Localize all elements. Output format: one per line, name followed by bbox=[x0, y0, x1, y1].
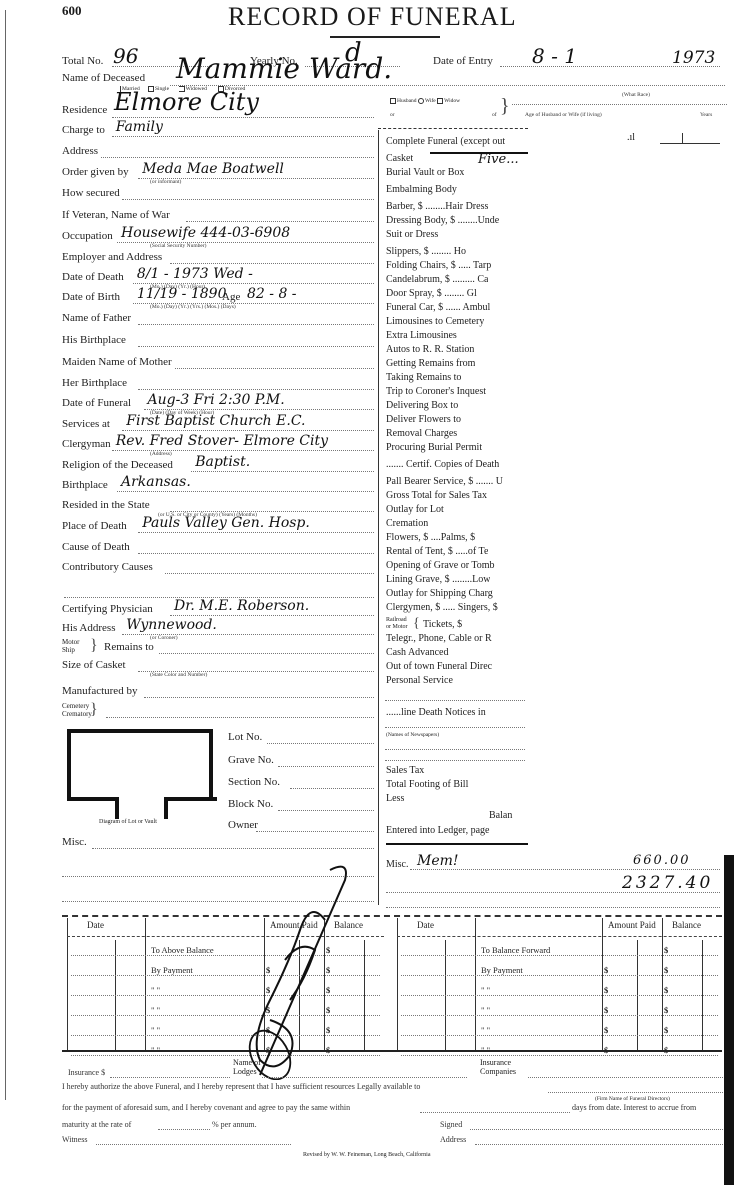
field-input-line[interactable] bbox=[175, 368, 374, 369]
charge-item-label: Cremation bbox=[386, 518, 428, 529]
charge-item-label: Limousines to Cemetery bbox=[386, 316, 484, 327]
charge-item-label: Procuring Burial Permit bbox=[386, 442, 482, 453]
field-note: (or informant) bbox=[150, 179, 181, 185]
maturity-text: maturity at the rate of bbox=[62, 1120, 131, 1129]
field-label: Place of Death bbox=[62, 520, 127, 532]
right-col-mark: .ıl bbox=[627, 132, 635, 143]
lot-diagram-base-left bbox=[67, 797, 119, 801]
table-column-rule bbox=[662, 918, 663, 1050]
lot-field-input-line[interactable] bbox=[290, 788, 374, 789]
charge-item-label: Embalming Body bbox=[386, 184, 457, 195]
field-note: (Social Security Number) bbox=[150, 243, 207, 249]
row-label: " " bbox=[151, 1025, 160, 1035]
dollar-icon: $ bbox=[604, 985, 608, 995]
field-value[interactable]: Dr. M.E. Roberson. bbox=[174, 598, 309, 614]
insurance-companies-label: Insurance Companies bbox=[480, 1058, 516, 1076]
age-value[interactable]: 82 - 8 - bbox=[247, 286, 297, 302]
payments-top-rule bbox=[62, 915, 722, 917]
notices-line-2 bbox=[385, 727, 525, 728]
field-label: Size of Casket bbox=[62, 659, 126, 671]
field-label: Name of Father bbox=[62, 312, 131, 324]
row-input-line[interactable] bbox=[401, 955, 718, 956]
years-label: Years bbox=[700, 112, 712, 118]
misc-left-line bbox=[92, 848, 374, 849]
total-footing-label: Total Footing of Bill bbox=[386, 779, 468, 790]
charge-item-label: Deliver Flowers to bbox=[386, 414, 461, 425]
field-value[interactable]: Meda Mae Boatwell bbox=[142, 161, 284, 177]
field-label: Religion of the Deceased bbox=[62, 459, 173, 471]
sales-tax-label: Sales Tax bbox=[386, 765, 424, 776]
date-of-entry-label: Date of Entry bbox=[433, 55, 493, 67]
field-value[interactable]: Housewife 444-03-6908 bbox=[121, 225, 290, 241]
table-column-rule bbox=[397, 918, 398, 1050]
field-label: Date of Birth bbox=[62, 291, 120, 303]
charge-item-label: Delivering Box to bbox=[386, 400, 458, 411]
of-label: of bbox=[492, 112, 497, 118]
field-input-line[interactable] bbox=[112, 136, 374, 137]
field-value[interactable]: First Baptist Church E.C. bbox=[126, 413, 305, 429]
insurance-line bbox=[110, 1077, 230, 1078]
lot-field-input-line[interactable] bbox=[278, 766, 374, 767]
right-col-short-line bbox=[660, 143, 720, 144]
field-note: (or Coroner) bbox=[150, 635, 178, 641]
age-label: Age bbox=[222, 291, 240, 303]
right-col-tick bbox=[682, 133, 683, 143]
row-input-line[interactable] bbox=[401, 995, 718, 996]
field-input-line[interactable] bbox=[191, 471, 374, 472]
charge-item-label: Lining Grave, $ ........Low bbox=[386, 574, 490, 585]
lot-diagram bbox=[67, 729, 213, 801]
field-label: Services at bbox=[62, 418, 110, 430]
death-notices-label: ......line Death Notices in bbox=[386, 707, 486, 718]
charge-item-label: Barber, $ ........Hair Dress bbox=[386, 201, 488, 212]
charge-item-label: Autos to R. R. Station bbox=[386, 344, 474, 355]
field-input-line[interactable] bbox=[165, 573, 374, 574]
widow-checkbox[interactable]: Widow bbox=[437, 98, 460, 104]
charge-item-label: Cash Advanced bbox=[386, 647, 449, 658]
total-no-label: Total No. bbox=[62, 55, 103, 67]
scan-edge-right bbox=[724, 855, 734, 1185]
page-title: RECORD OF FUNERAL bbox=[228, 2, 517, 32]
misc-right-label: Misc. bbox=[386, 859, 409, 870]
field-label: Manufactured by bbox=[62, 685, 137, 697]
charge-item-label: Out of town Funeral Direc bbox=[386, 661, 492, 672]
field-input-line[interactable] bbox=[106, 717, 374, 718]
name-line bbox=[170, 85, 725, 86]
row-label: " " bbox=[481, 1025, 490, 1035]
field-input-line[interactable] bbox=[138, 532, 374, 533]
field-label: Occupation bbox=[62, 230, 113, 242]
field-label: Charge to bbox=[62, 124, 105, 136]
left-page-border bbox=[5, 10, 6, 1100]
field-label: Certifying Physician bbox=[62, 603, 153, 615]
lot-field-label: Lot No. bbox=[228, 731, 262, 743]
brace-icon: { bbox=[413, 616, 420, 632]
field-input-line[interactable] bbox=[170, 615, 374, 616]
field-value[interactable]: Pauls Valley Gen. Hosp. bbox=[142, 515, 310, 531]
misc-right-line-3 bbox=[386, 907, 720, 908]
field-input-line[interactable] bbox=[144, 697, 375, 698]
charge-item-label: Personal Service bbox=[386, 675, 453, 686]
field-note: (Address) bbox=[150, 451, 172, 457]
field-label: How secured bbox=[62, 187, 120, 199]
lot-field-label: Grave No. bbox=[228, 754, 274, 766]
what-race-label: (What Race) bbox=[622, 92, 650, 98]
field-value[interactable]: Arkansas. bbox=[121, 474, 191, 490]
field-input-line[interactable] bbox=[138, 346, 374, 347]
dollar-icon: $ bbox=[604, 965, 608, 975]
field-label: If Veteran, Name of War bbox=[62, 209, 170, 221]
charge-item-label: Suit or Dress bbox=[386, 229, 438, 240]
field-label: Order given by bbox=[62, 166, 129, 178]
field-value[interactable]: Aug-3 Fri 2:30 P.M. bbox=[148, 392, 285, 408]
misc-right-value[interactable]: Mem! bbox=[417, 853, 459, 869]
witness-label: Witness bbox=[62, 1135, 87, 1144]
ledger-label: Entered into Ledger, page bbox=[386, 825, 489, 836]
spouse-line bbox=[512, 104, 727, 105]
table-column-rule bbox=[475, 918, 476, 1050]
right-column-border bbox=[378, 130, 379, 905]
row-input-line[interactable] bbox=[401, 1015, 718, 1016]
row-label: " " bbox=[151, 1005, 160, 1015]
table-header: Balance bbox=[672, 920, 701, 930]
field-prefix: Cemetery Crematory bbox=[62, 702, 92, 718]
witness-line bbox=[96, 1144, 291, 1145]
dollar-icon: $ bbox=[664, 985, 668, 995]
payment-text: for the payment of aforesaid sum, and I … bbox=[62, 1103, 350, 1112]
charge-item-label: Trip to Coroner's Inquest bbox=[386, 386, 486, 397]
field-label: Cause of Death bbox=[62, 541, 130, 553]
row-input-line[interactable] bbox=[401, 1055, 718, 1056]
field-label: Her Birthplace bbox=[62, 377, 127, 389]
field-value[interactable]: 11/19 - 1890 bbox=[137, 286, 227, 302]
less-label: Less bbox=[386, 793, 404, 804]
total-amount[interactable]: 2327.40 bbox=[622, 873, 713, 893]
field-label: Address bbox=[62, 145, 98, 157]
dollar-icon: $ bbox=[664, 965, 668, 975]
field-label: Clergyman bbox=[62, 438, 111, 450]
lot-field-input-line[interactable] bbox=[256, 831, 374, 832]
dollar-icon: $ bbox=[664, 945, 668, 955]
companies-line bbox=[528, 1077, 723, 1078]
field-value[interactable]: 8/1 - 1973 Wed - bbox=[137, 266, 253, 282]
field-input-line[interactable] bbox=[138, 324, 374, 325]
table-header: Amount Paid bbox=[608, 920, 656, 930]
lot-field-label: Section No. bbox=[228, 776, 280, 788]
row-label: By Payment bbox=[481, 965, 523, 975]
field-value[interactable]: Family bbox=[116, 119, 163, 135]
row-label: To Balance Forward bbox=[481, 945, 550, 955]
right-column-top bbox=[378, 128, 528, 129]
field-input-line[interactable] bbox=[138, 553, 374, 554]
husband-checkbox[interactable]: Husband bbox=[390, 98, 417, 104]
field-input-line[interactable] bbox=[122, 430, 374, 431]
firm-line bbox=[548, 1092, 723, 1093]
charge-item-label: Gross Total for Sales Tax bbox=[386, 490, 487, 501]
revised-by-text: Revised by W. W. Feineman, Long Beach, C… bbox=[303, 1152, 430, 1158]
charge-item-label: Taking Remains to bbox=[386, 372, 461, 383]
newspapers-label: (Names of Newspapers) bbox=[386, 732, 439, 738]
date-of-entry-line bbox=[500, 66, 720, 67]
row-input-line[interactable] bbox=[401, 1035, 718, 1036]
lot-field-label: Owner bbox=[228, 819, 258, 831]
misc-amount[interactable]: 660.00 bbox=[633, 853, 691, 868]
firm-name-note: (Firm Name of Funeral Directors) bbox=[595, 1096, 670, 1102]
field-label: His Birthplace bbox=[62, 334, 126, 346]
field-label: Maiden Name of Mother bbox=[62, 356, 172, 368]
field-note: (State Color and Number) bbox=[150, 672, 207, 678]
charge-item-label: Door Spray, $ ........ Gl bbox=[386, 288, 477, 299]
dollar-icon: $ bbox=[664, 1025, 668, 1035]
days-line bbox=[420, 1112, 570, 1113]
row-input-line[interactable] bbox=[401, 975, 718, 976]
balance-label: Balan bbox=[489, 810, 512, 821]
lodges-line bbox=[262, 1077, 467, 1078]
row-label: " " bbox=[481, 985, 490, 995]
table-column-rule bbox=[602, 918, 603, 1050]
age-of-spouse-label: Age of Husband or Wife (if living) bbox=[525, 112, 602, 118]
field-input-line[interactable] bbox=[117, 491, 374, 492]
lot-diagram-label: Diagram of Lot or Vault bbox=[99, 819, 157, 825]
wife-checkbox[interactable]: Wife bbox=[418, 98, 436, 104]
charge-item-label: Clergymen, $ ..... Singers, $ bbox=[386, 602, 498, 613]
table-header: Date bbox=[417, 920, 434, 930]
authorize-text: I hereby authorize the above Funeral, an… bbox=[62, 1082, 420, 1091]
table-header-rule bbox=[397, 936, 722, 937]
table-column-rule bbox=[145, 918, 146, 1050]
notices-line-4 bbox=[385, 760, 525, 761]
lodges-label: Name of Lodges bbox=[233, 1058, 261, 1076]
field-input-line[interactable] bbox=[159, 653, 374, 654]
charge-item-label: Casket bbox=[386, 153, 413, 164]
charge-item-label: Outlay for Shipping Charg bbox=[386, 588, 493, 599]
table-header: Date bbox=[87, 920, 104, 930]
field-label: Contributory Causes bbox=[62, 561, 153, 573]
field-prefix: Motor Ship bbox=[62, 638, 80, 654]
charge-item-label: Opening of Grave or Tomb bbox=[386, 560, 495, 571]
table-column-rule bbox=[67, 918, 68, 1050]
lot-field-label: Block No. bbox=[228, 798, 273, 810]
misc-left-label: Misc. bbox=[62, 836, 87, 848]
lot-diagram-base-right bbox=[164, 797, 217, 801]
field-input-line[interactable] bbox=[138, 389, 374, 390]
field-input-line[interactable] bbox=[170, 263, 374, 264]
field-value[interactable]: Wynnewood. bbox=[126, 617, 217, 633]
charge-item-label: Getting Remains from bbox=[386, 358, 475, 369]
field-label: Date of Death bbox=[62, 271, 124, 283]
days-text: days from date. Interest to accrue from bbox=[572, 1103, 696, 1112]
rate-line bbox=[158, 1129, 210, 1130]
field-label: Birthplace bbox=[62, 479, 108, 491]
percent-text: % per annum. bbox=[212, 1120, 257, 1129]
spouse-brace: } bbox=[500, 96, 510, 116]
signed-line bbox=[470, 1129, 723, 1130]
row-label: " " bbox=[151, 985, 160, 995]
field-label: Remains to bbox=[104, 641, 154, 653]
payments-bottom-rule bbox=[62, 1050, 722, 1052]
charge-prefix: Railroad or Motor bbox=[386, 617, 408, 631]
charge-item-label: Flowers, $ ....Palms, $ bbox=[386, 532, 475, 543]
charge-item-label: Rental of Tent, $ .....of Te bbox=[386, 546, 488, 557]
field-note: (Mo.) (Day) (Yr.) (Yrs.) (Mos.) (Days) bbox=[150, 304, 236, 310]
row-label: To Above Balance bbox=[151, 945, 214, 955]
dollar-icon: $ bbox=[664, 1005, 668, 1015]
charge-item-label: ....... Certif. Copies of Death bbox=[386, 459, 499, 470]
charge-item-label: Tickets, $ bbox=[423, 619, 462, 630]
total-line bbox=[386, 892, 720, 893]
date-of-entry-year[interactable]: 1973 bbox=[672, 48, 715, 68]
charge-item-label: Burial Vault or Box bbox=[386, 167, 464, 178]
misc-right-line bbox=[410, 869, 720, 870]
page-number: 600 bbox=[62, 3, 82, 19]
field-value[interactable]: Rev. Fred Stover- Elmore City bbox=[116, 433, 328, 449]
handwritten-signature bbox=[230, 860, 380, 1080]
lot-field-input-line[interactable] bbox=[267, 743, 374, 744]
dollar-icon: $ bbox=[604, 1025, 608, 1035]
field-value[interactable]: Baptist. bbox=[195, 454, 250, 470]
row-label: By Payment bbox=[151, 965, 193, 975]
charge-item-label: Pall Bearer Service, $ ....... U bbox=[386, 476, 503, 487]
spouse-options: Husband Wife Widow bbox=[390, 98, 460, 104]
notices-line-3 bbox=[385, 749, 525, 750]
name-of-deceased-value[interactable]: Mammie Ward. bbox=[176, 52, 392, 85]
signed-label: Signed bbox=[440, 1120, 462, 1129]
charge-item-label: Telegr., Phone, Cable or R bbox=[386, 633, 492, 644]
name-of-deceased-label: Name of Deceased bbox=[62, 72, 145, 84]
casket-value[interactable]: Five... bbox=[478, 152, 519, 167]
or-label: or bbox=[390, 112, 395, 118]
field-input-line[interactable] bbox=[186, 221, 374, 222]
charge-item-label: Extra Limousines bbox=[386, 330, 457, 341]
field-label: Resided in the State bbox=[62, 499, 150, 511]
residence-label: Residence bbox=[62, 104, 107, 116]
charge-item-label: Folding Chairs, $ ..... Tarp bbox=[386, 260, 491, 271]
lot-field-input-line[interactable] bbox=[278, 810, 374, 811]
insurance-label: Insurance $ bbox=[68, 1068, 105, 1077]
residence-value[interactable]: Elmore City bbox=[114, 88, 259, 116]
residence-line bbox=[112, 117, 374, 118]
charge-item-label: Complete Funeral (except out bbox=[386, 136, 505, 147]
field-input-line[interactable] bbox=[122, 199, 374, 200]
charge-item-label: Slippers, $ ........ Ho bbox=[386, 246, 466, 257]
charge-item-label: Removal Charges bbox=[386, 428, 457, 439]
field-label: His Address bbox=[62, 622, 115, 634]
field-label: Employer and Address bbox=[62, 251, 162, 263]
charge-item-label: Candelabrum, $ ......... Ca bbox=[386, 274, 488, 285]
charge-item-label: Outlay for Lot bbox=[386, 504, 444, 515]
address-label: Address bbox=[440, 1135, 466, 1144]
address-line bbox=[475, 1144, 723, 1145]
brace-icon: } bbox=[90, 637, 98, 655]
date-of-entry-value[interactable]: 8 - 1 bbox=[532, 44, 577, 68]
dollar-icon: $ bbox=[604, 1005, 608, 1015]
field-input-line[interactable] bbox=[101, 157, 374, 158]
total-no-value[interactable]: 96 bbox=[113, 44, 138, 68]
field-label: Date of Funeral bbox=[62, 397, 131, 409]
charge-item-label: Funeral Car, $ ...... Ambul bbox=[386, 302, 490, 313]
ledger-underline bbox=[386, 843, 528, 845]
brace-icon: } bbox=[90, 701, 98, 719]
notices-line-1 bbox=[385, 700, 525, 701]
row-label: " " bbox=[481, 1005, 490, 1015]
charge-item-label: Dressing Body, $ ........Unde bbox=[386, 215, 499, 226]
